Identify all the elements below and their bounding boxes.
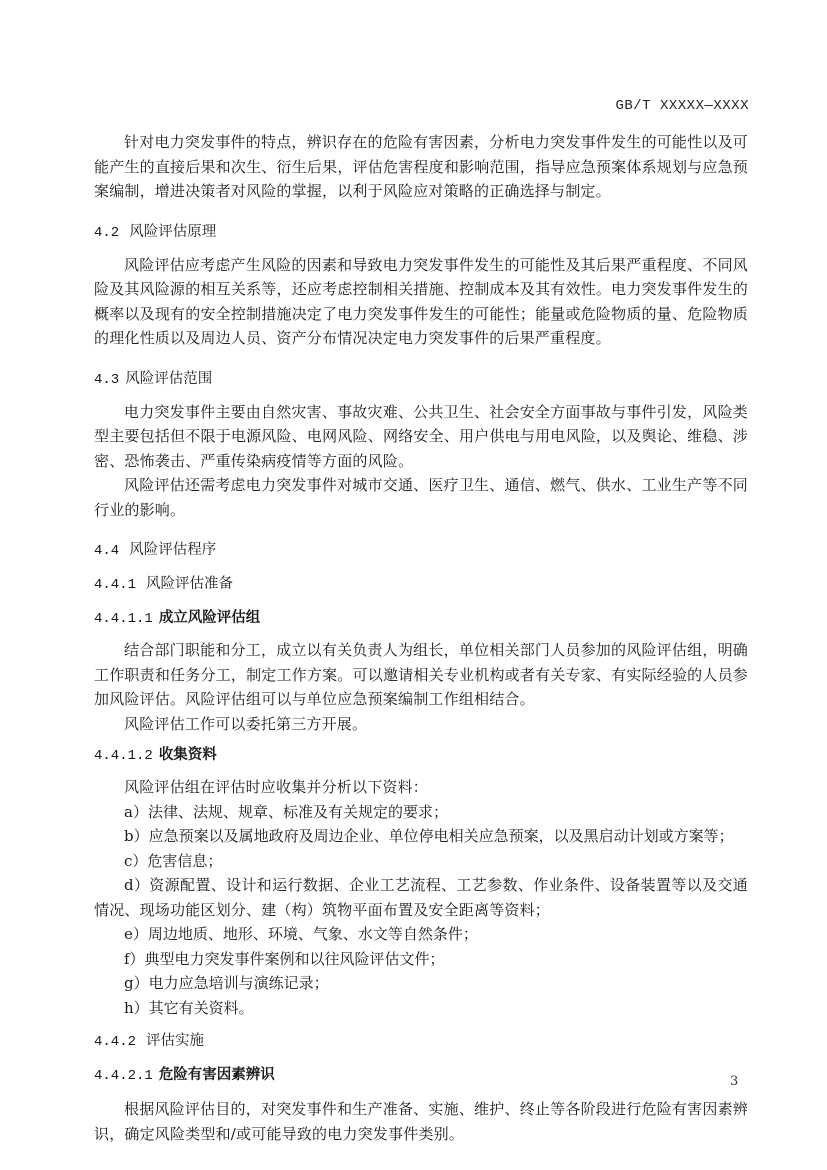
collect-lead: 风险评估组在评估时应收集并分析以下资料： [94, 775, 748, 800]
heading-4-4-1-1: 4.4.1.1成立风险评估组 [94, 607, 748, 630]
heading-4-4: 4.4风险评估程序 [94, 539, 748, 562]
list-item-h: h）其它有关资料。 [94, 996, 748, 1021]
heading-4-4-2-1: 4.4.2.1危险有害因素辨识 [94, 1064, 748, 1087]
standard-code: GB/T XXXXX—XXXX [615, 98, 749, 114]
heading-title: 危险有害因素辨识 [159, 1067, 275, 1083]
list-item-a: a）法律、法规、规章、标准及有关规定的要求； [94, 800, 748, 825]
heading-number: 4.4.1 [94, 577, 136, 593]
paragraph-4-4-1-1-b: 风险评估工作可以委托第三方开展。 [94, 712, 748, 737]
heading-number: 4.4.2 [94, 1034, 136, 1050]
list-item-e: e）周边地质、地形、环境、气象、水文等自然条件； [94, 922, 748, 947]
list-item-f: f）典型电力突发事件案例和以往风险评估文件； [94, 947, 748, 972]
heading-title: 风险评估原理 [129, 224, 216, 240]
heading-number: 4.2 [94, 225, 119, 241]
paragraph-4-3-a: 电力突发事件主要由自然灾害、事故灾难、公共卫生、社会安全方面事故与事件引发，风险… [94, 400, 748, 474]
heading-number: 4.4.1.1 [94, 611, 153, 627]
heading-number: 4.3 [94, 372, 119, 388]
heading-number: 4.4 [94, 543, 119, 559]
intro-paragraph: 针对电力突发事件的特点，辨识存在的危险有害因素，分析电力突发事件发生的可能性以及… [94, 130, 748, 204]
heading-4-4-2: 4.4.2评估实施 [94, 1030, 748, 1053]
heading-title: 风险评估准备 [146, 576, 233, 592]
heading-title: 风险评估范围 [125, 371, 212, 387]
heading-number: 4.4.1.2 [94, 748, 153, 764]
heading-title: 收集资料 [159, 747, 217, 763]
paragraph-4-4-1-1-a: 结合部门职能和分工，成立以有关负责人为组长，单位相关部门人员参加的风险评估组，明… [94, 638, 748, 712]
paragraph-4-2: 风险评估应考虑产生风险的因素和导致电力突发事件发生的可能性及其后果严重程度、不同… [94, 253, 748, 351]
paragraph-4-4-2-1: 根据风险评估目的，对突发事件和生产准备、实施、维护、终止等各阶段进行危险有害因素… [94, 1097, 748, 1146]
paragraph-4-3-b: 风险评估还需考虑电力突发事件对城市交通、医疗卫生、通信、燃气、供水、工业生产等不… [94, 473, 748, 522]
heading-4-2: 4.2风险评估原理 [94, 221, 748, 244]
page-content: 针对电力突发事件的特点，辨识存在的危险有害因素，分析电力突发事件发生的可能性以及… [94, 130, 748, 1146]
list-item-c: c）危害信息； [94, 849, 748, 874]
list-item-b: b）应急预案以及属地政府及周边企业、单位停电相关应急预案，以及黑启动计划或方案等… [94, 824, 748, 849]
heading-4-4-1-2: 4.4.1.2收集资料 [94, 744, 748, 767]
heading-title: 评估实施 [146, 1033, 204, 1049]
heading-title: 风险评估程序 [129, 542, 216, 558]
page-number: 3 [730, 1074, 738, 1089]
heading-title: 成立风险评估组 [159, 610, 261, 626]
heading-number: 4.4.2.1 [94, 1068, 153, 1084]
list-item-g: g）电力应急培训与演练记录； [94, 971, 748, 996]
document-page: GB/T XXXXX—XXXX 针对电力突发事件的特点，辨识存在的危险有害因素，… [0, 0, 827, 1170]
list-item-d: d）资源配置、设计和运行数据、企业工艺流程、工艺参数、作业条件、设备装置等以及交… [94, 873, 748, 922]
heading-4-3: 4.3风险评估范围 [94, 368, 748, 391]
heading-4-4-1: 4.4.1风险评估准备 [94, 573, 748, 596]
